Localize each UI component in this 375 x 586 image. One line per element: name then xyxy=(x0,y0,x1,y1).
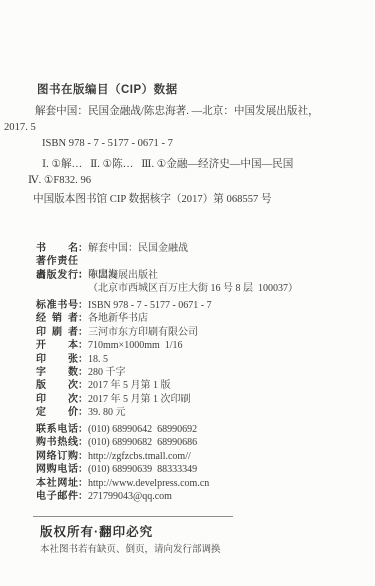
cip-entry-line1: 解套中国：民国金融战/陈忠海著. —北京：中国发展出版社， xyxy=(35,105,319,118)
colophon-row-label: 本社网址 xyxy=(36,477,78,490)
colophon-row-online-store: 网络订购：http://zgfzcbs.tmall.com// xyxy=(36,450,366,463)
colophon-row-label: 网购电话 xyxy=(36,463,78,476)
colophon-row-wordcount: 字数：280 千字 xyxy=(36,366,366,379)
colophon-row-label: 联系电话 xyxy=(36,423,78,436)
colophon-row-label: 印张 xyxy=(36,353,78,366)
colophon-row-colon: ： xyxy=(78,300,88,311)
colophon-row-edition: 版次：2017 年 5 月第 1 版 xyxy=(36,379,366,392)
colophon-row-label: 印次 xyxy=(36,393,78,406)
colophon-row-value: 2017 年 5 月第 1 版 xyxy=(88,380,171,391)
colophon-row-value: （北京市西城区百万庄大街 16 号 8 层 100037） xyxy=(88,283,298,294)
colophon-row-author: 著作责任者：陈忠海 xyxy=(36,255,366,268)
colophon-row-colon: ： xyxy=(78,437,88,448)
colophon-row-value: (010) 68990639 88333349 xyxy=(88,464,197,475)
colophon-row-label: 经销者 xyxy=(36,312,78,325)
colophon-row-value: (010) 68990642 68990692 xyxy=(88,424,197,435)
colophon-row-value: ISBN 978 - 7 - 5177 - 0671 - 7 xyxy=(88,300,212,311)
colophon-row-online-phone: 网购电话：(010) 68990639 88333349 xyxy=(36,463,366,476)
colophon-row-email: 电子邮件：271799043@qq.com xyxy=(36,490,366,503)
colophon-row-colon: ： xyxy=(78,451,88,462)
colophon-row-value: 各地新华书店 xyxy=(88,313,148,324)
colophon-row-value: 解套中国：民国金融战 xyxy=(88,243,188,254)
colophon-row-value: (010) 68990682 68990686 xyxy=(88,437,197,448)
colophon-row-colon: ： xyxy=(78,367,88,378)
cip-heading: 图书在版编目（CIP）数据 xyxy=(37,84,178,97)
colophon-row-label: 出版发行 xyxy=(36,269,78,282)
colophon-row-isbn: 标准书号：ISBN 978 - 7 - 5177 - 0671 - 7 xyxy=(36,299,366,312)
cip-classification-line1: Ⅰ. ①解… Ⅱ. ①陈… Ⅲ. ①金融—经济史—中国—民国 xyxy=(42,158,293,171)
colophon-row-value: http://zgfzcbs.tmall.com// xyxy=(88,451,191,462)
colophon-row-label: 标准书号 xyxy=(36,299,78,312)
colophon-row-value: 中国发展出版社 xyxy=(88,270,158,281)
colophon-row-value: 18. 5 xyxy=(88,354,108,365)
colophon-row-label: 印刷者 xyxy=(36,326,78,339)
colophon-row-colon: ： xyxy=(78,394,88,405)
colophon-row-colon: ： xyxy=(78,380,88,391)
cip-record-number: 中国版本图书馆 CIP 数据核字（2017）第 068557 号 xyxy=(33,193,272,206)
colophon-row-value: 280 千字 xyxy=(88,367,126,378)
copyright-notice: 版权所有·翻印必究 xyxy=(40,522,153,540)
colophon-row-distributor: 经销者：各地新华书店 xyxy=(36,312,366,325)
colophon-row-impression: 印次：2017 年 5 月第 1 次印刷 xyxy=(36,393,366,406)
colophon-row-format: 开本：710mm×1000mm 1/16 xyxy=(36,339,366,352)
colophon-row-website: 本社网址：http://www.develpress.com.cn xyxy=(36,477,366,490)
colophon-row-colon: ： xyxy=(78,340,88,351)
colophon-row-value: 2017 年 5 月第 1 次印刷 xyxy=(88,394,191,405)
colophon-row-label: 开本 xyxy=(36,339,78,352)
colophon-row-colon: ： xyxy=(78,464,88,475)
colophon-row-colon: ： xyxy=(78,407,88,418)
cip-entry-line2: 2017. 5 xyxy=(4,121,36,134)
colophon-row-label: 版次 xyxy=(36,379,78,392)
colophon-row-sheets: 印张：18. 5 xyxy=(36,353,366,366)
colophon-row-price: 定价：39. 80 元 xyxy=(36,406,366,419)
divider-rule xyxy=(33,516,233,517)
colophon-row-colon: ： xyxy=(78,270,88,281)
colophon-row-label: 字数 xyxy=(36,366,78,379)
colophon-row-publisher: 出版发行：中国发展出版社 xyxy=(36,269,366,282)
colophon-row-order-hotline: 购书热线：(010) 68990682 68990686 xyxy=(36,436,366,449)
cip-isbn-line: ISBN 978 - 7 - 5177 - 0671 - 7 xyxy=(42,137,173,150)
colophon-row-colon: ： xyxy=(78,478,88,489)
colophon-row-colon: ： xyxy=(78,354,88,365)
colophon-row-colon: ： xyxy=(78,243,88,254)
colophon-row-label: 网络订购 xyxy=(36,450,78,463)
cip-copyright-page: 图书在版编目（CIP）数据 解套中国：民国金融战/陈忠海著. —北京：中国发展出… xyxy=(0,0,375,586)
cip-classification-line2: Ⅳ. ①F832. 96 xyxy=(28,174,91,187)
colophon-row-publisher-address: （北京市西城区百万庄大街 16 号 8 层 100037） xyxy=(36,282,366,295)
colophon-row-label: 电子邮件 xyxy=(36,490,78,503)
colophon-row-contact-phone: 联系电话：(010) 68990642 68990692 xyxy=(36,423,366,436)
colophon-row-value: 39. 80 元 xyxy=(88,407,126,418)
colophon-row-value: http://www.develpress.com.cn xyxy=(88,478,209,489)
colophon-row-value: 710mm×1000mm 1/16 xyxy=(88,340,183,351)
colophon-row-title: 书名：解套中国：民国金融战 xyxy=(36,242,366,255)
colophon-row-colon: ： xyxy=(78,491,88,502)
colophon-row-colon: ： xyxy=(78,313,88,324)
colophon-row-label: 定价 xyxy=(36,406,78,419)
colophon-row-value: 三河市东方印刷有限公司 xyxy=(88,327,198,338)
colophon-row-value: 271799043@qq.com xyxy=(88,491,172,502)
colophon-row-colon: ： xyxy=(78,327,88,338)
colophon-row-colon: ： xyxy=(78,424,88,435)
colophon-row-printer: 印刷者：三河市东方印刷有限公司 xyxy=(36,326,366,339)
colophon: 书名：解套中国：民国金融战 著作责任者：陈忠海 出版发行：中国发展出版社 （北京… xyxy=(36,242,366,503)
colophon-row-label: 购书热线 xyxy=(36,436,78,449)
exchange-note: 本社图书若有缺页、倒页，请向发行部调换 xyxy=(40,541,221,555)
colophon-row-label: 书名 xyxy=(36,242,78,255)
